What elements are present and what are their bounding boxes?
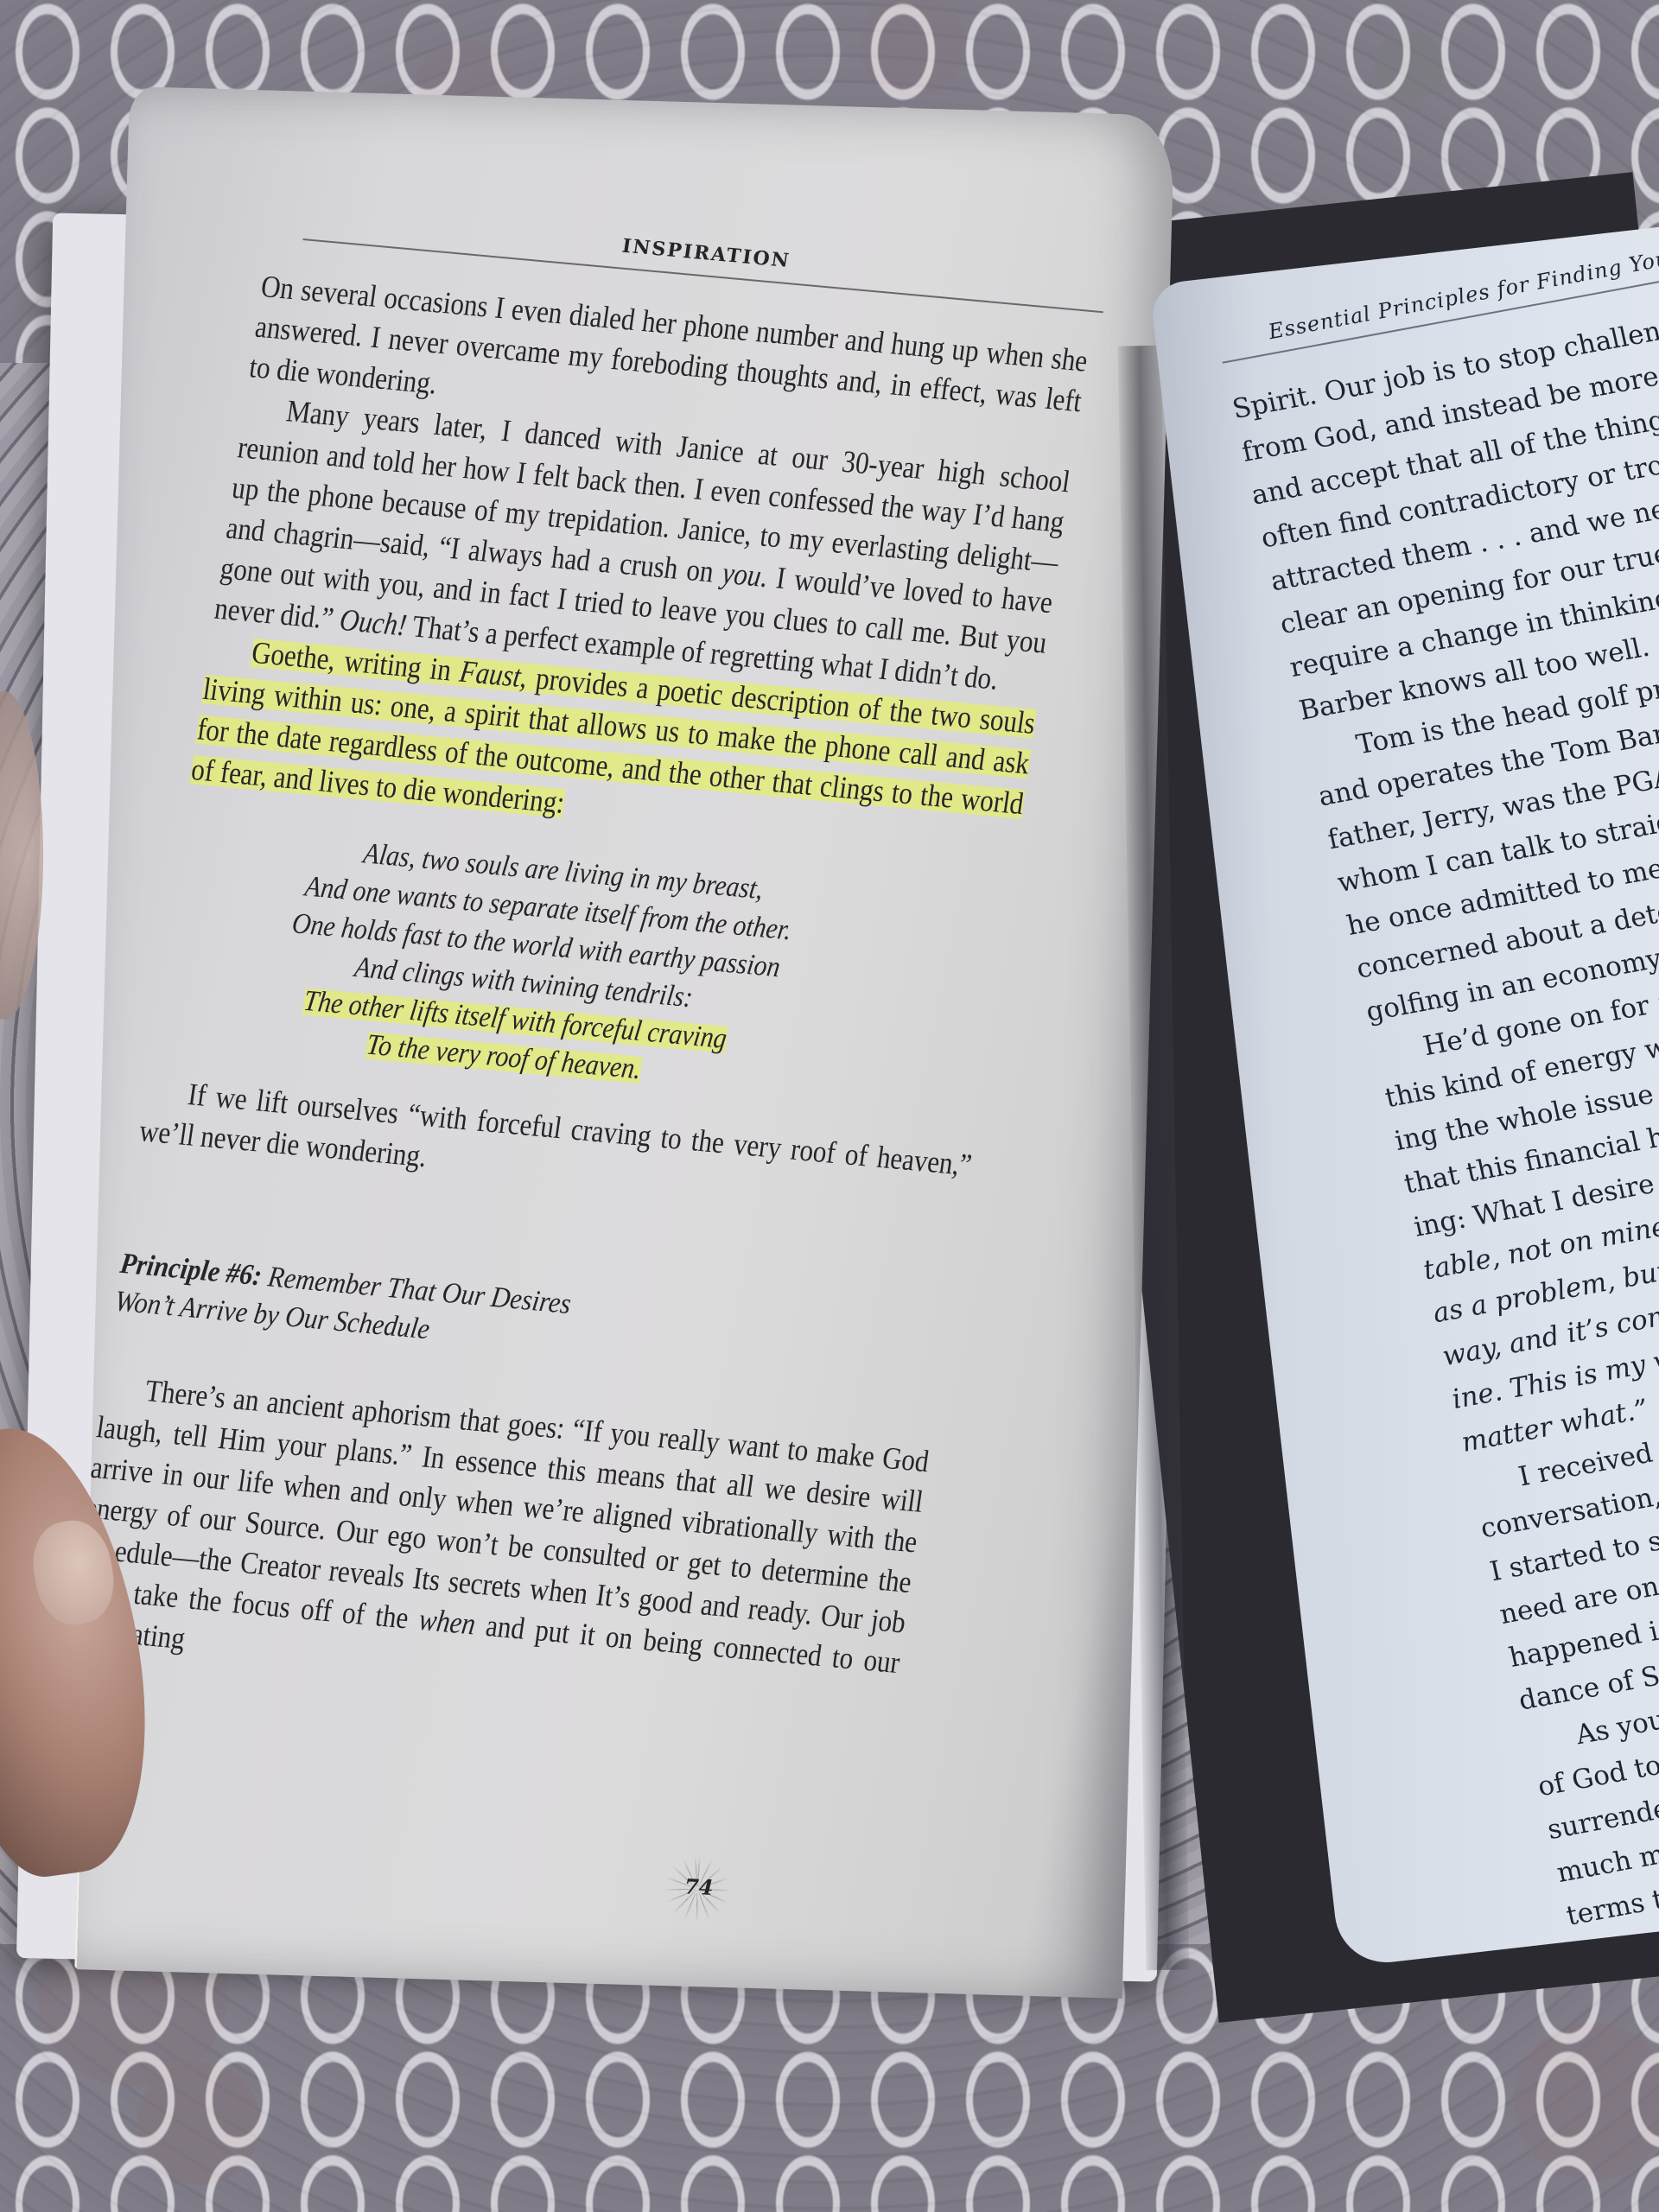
principle-label: Principle #6: <box>118 1248 264 1293</box>
text-run-italic: when <box>416 1602 478 1642</box>
text-run-italic: Faust <box>458 654 524 694</box>
faust-poem: Alas, two souls are living in my breast,… <box>152 818 1010 1120</box>
left-page: INSPIRATION On several occasions I even … <box>77 86 1174 1999</box>
text-run-italic: Ouch! <box>338 602 410 643</box>
text-run-italic: you <box>720 556 763 594</box>
photo-scene: INSPIRATION On several occasions I even … <box>0 0 1659 2212</box>
left-body-text: On several occasions I even dialed her p… <box>188 266 1090 865</box>
closing-text: There’s an ancient aphorism that goes: “… <box>77 1367 931 1724</box>
principle-heading: Principle #6: Remember That Our Desires … <box>112 1245 867 1389</box>
closing-paragraph: There’s an ancient aphorism that goes: “… <box>77 1367 931 1724</box>
page-number: 74 <box>683 1873 714 1899</box>
left-page-content: INSPIRATION On several occasions I even … <box>77 203 1099 1724</box>
text-run: There’s an ancient aphorism that goes: “… <box>77 1373 931 1639</box>
